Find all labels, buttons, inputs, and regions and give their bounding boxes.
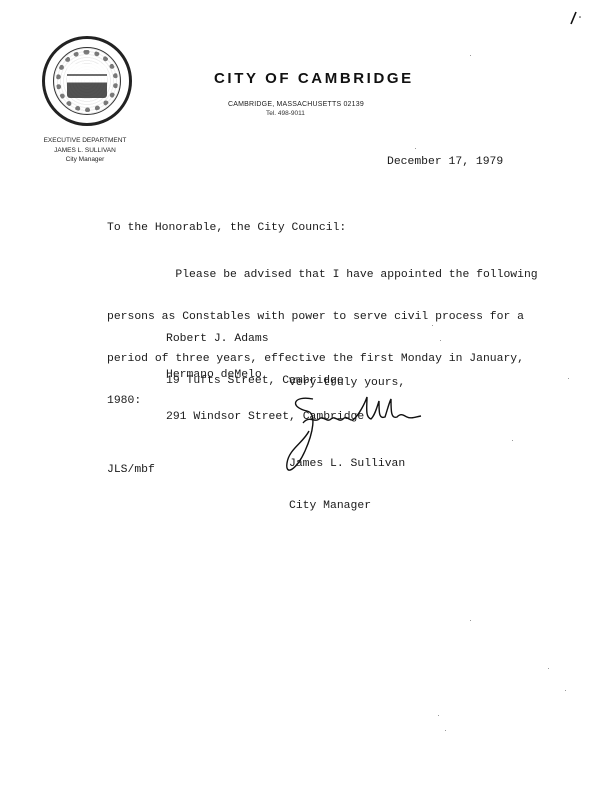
salutation: To the Honorable, the City Council: [107, 221, 346, 235]
letterhead-title: CITY OF CAMBRIDGE [214, 70, 414, 87]
seal-emblem-icon [67, 64, 107, 98]
signatory-name: James L. Sullivan [289, 457, 405, 471]
signatory-title: City Manager [289, 499, 405, 513]
closing: Very truly yours, [289, 376, 405, 390]
seal-inner-ring [53, 47, 121, 115]
department-head-name: JAMES L. SULLIVAN [20, 146, 150, 156]
letterhead-telephone: Tel. 498-9011 [266, 110, 305, 117]
reference-initials: JLS/mbf [107, 463, 155, 477]
department-head-title: City Manager [20, 155, 150, 165]
city-seal-logo [42, 36, 132, 126]
body-line: Please be advised that I have appointed … [107, 268, 538, 282]
letter-date: December 17, 1979 [387, 155, 503, 169]
signatory-block: James L. Sullivan City Manager [289, 429, 405, 527]
letterhead-address: CAMBRIDGE, MASSACHUSETTS 02139 [228, 101, 364, 108]
handwritten-corner-mark [567, 10, 583, 31]
department-name: EXECUTIVE DEPARTMENT [20, 136, 150, 146]
department-block: EXECUTIVE DEPARTMENT JAMES L. SULLIVAN C… [20, 136, 150, 165]
pen-stroke-icon [567, 10, 583, 26]
